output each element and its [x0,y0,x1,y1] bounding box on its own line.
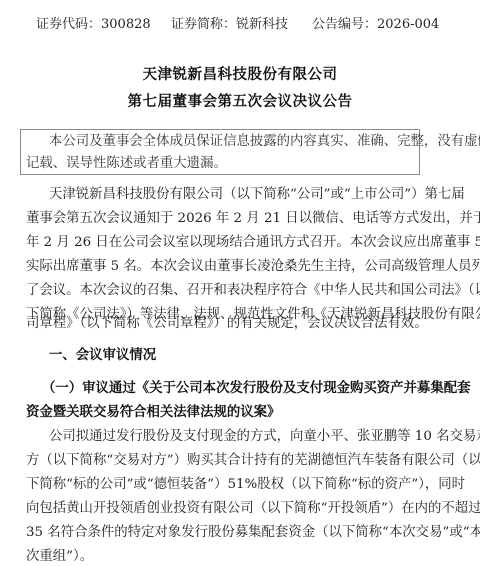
intro-line: 实际出席董事 5 名。本次会议由董事长凌沧桑先生主持，公司高级管理人员列席 [26,255,416,279]
intro-line: 了会议。本次会议的召集、召开和表决程序符合《中华人民共和国公司法》（以 [26,279,416,303]
resolution-title-line: 资金暨关联交易符合相关法律法规的议案》 [26,401,280,425]
resolution-body-line: 次重组”）。 [26,545,416,566]
resolution-body-line: 向包括黄山开投领盾创业投资有限公司（以下简称“开投领盾”）在内的不超过 [26,497,416,521]
intro-line: 年 2 月 26 日在公司会议室以现场结合通讯方式召开。本次会议应出席董事 5 … [26,231,416,255]
document-header: 证券代码：300828 证券简称：锐新科技 公告编号：2026-004 [36,16,480,34]
company-title: 天津锐新昌科技股份有限公司 [0,63,480,84]
intro-line: 司章程》（以下简称《公司章程》）的有关规定，会议决议合法有效。 [26,312,416,336]
resolution-title-line: （一）审议通过《关于公司本次发行股份及支付现金购买资产并募集配套 [42,377,416,401]
intro-line: 天津锐新昌科技股份有限公司（以下简称“公司”或“上市公司”）第七届 [49,183,416,207]
stock-short-name: 证券简称：锐新科技 [171,16,288,34]
intro-line: 董事会第五次会议通知于 2026 年 2 月 21 日以微信、电话等方式发出，并… [26,207,416,231]
announcement-number: 公告编号：2026-004 [312,16,439,34]
disclaimer-line: 本公司及董事会全体成员保证信息披露的内容真实、准确、完整，没有虚假 [49,130,416,154]
resolution-body-line: 下简称“标的公司”或“德恒装备”）51%股权（以下简称“标的资产”），同时 [26,473,416,497]
stock-code: 证券代码：300828 [36,16,151,34]
resolution-body-line: 35 名符合条件的特定对象发行股份募集配套资金（以下简称“本次交易”或“本 [26,521,416,545]
section-heading: 一、会议审议情况 [49,344,156,368]
announcement-title: 第七届董事会第五次会议决议公告 [0,90,480,111]
resolution-body-line: 公司拟通过发行股份及支付现金的方式，向童小平、张亚鹏等 10 名交易对 [49,425,416,449]
resolution-body-line: 方（以下简称“交易对方”）购买其合计持有的芜湖德恒汽车装备有限公司（以 [26,449,416,473]
disclaimer-line: 记载、误导性陈述或者重大遗漏。 [26,152,416,176]
